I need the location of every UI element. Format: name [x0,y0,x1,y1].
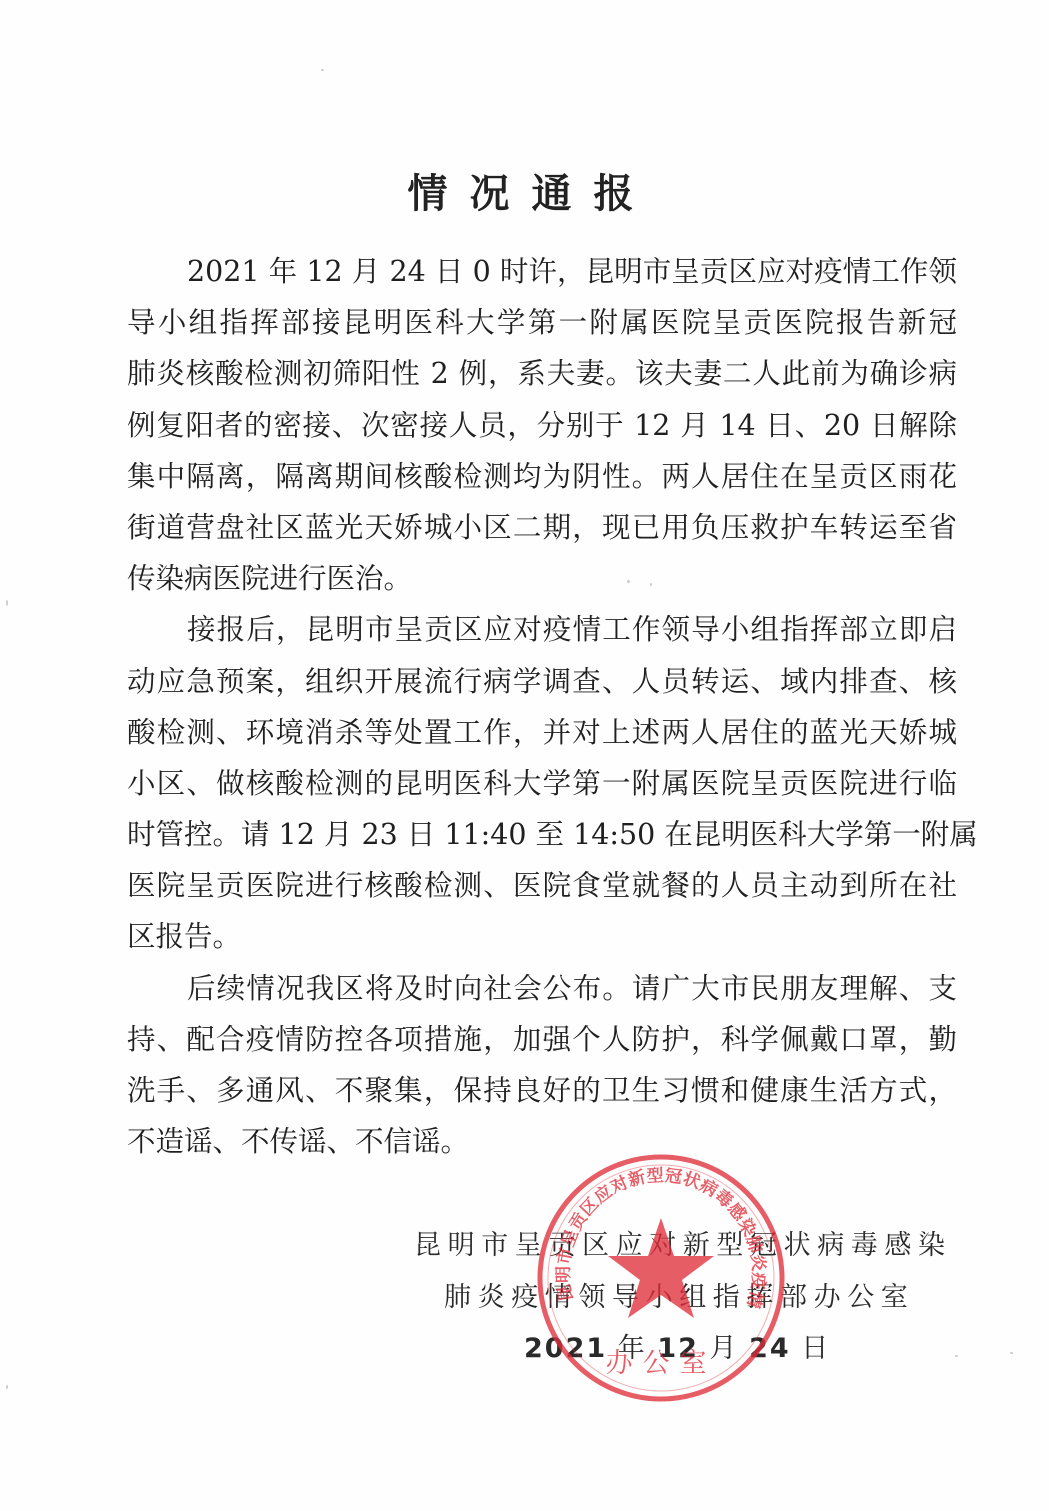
paragraph-1-line-4: 例复阳者的密接、次密接人员，分别于 12 月 14 日、20 日解除 [127,400,957,451]
date-year-unit: 年 [618,1333,647,1364]
paragraph-2-line-1: 接报后，昆明市呈贡区应对疫情工作领导小组指挥部立即启 [127,604,957,655]
paragraph-3-line-2: 持、配合疫情防控各项措施，加强个人防护，科学佩戴口罩，勤 [127,1014,957,1065]
date-month-unit: 月 [710,1333,739,1364]
scan-speck [6,1385,8,1389]
paragraph-3-line-4: 不造谣、不传谣、不信谣。 [127,1116,957,1167]
document-page: 情况通报 2021 年 12 月 24 日 0 时许，昆明市呈贡区应对疫情工作领… [0,0,1049,1511]
signature-date: 2021 年 12 月 24 日 [524,1329,830,1369]
paragraph-1-line-3: 肺炎核酸检测初筛阳性 2 例，系夫妻。该夫妻二人此前为确诊病 [127,348,957,399]
scan-speck [955,1355,958,1357]
signature-org-line-1: 昆明市呈贡区应对新型冠状病毒感染 [414,1226,952,1266]
scan-speck [6,600,8,606]
paragraph-2-line-3: 酸检测、环境消杀等处置工作，并对上述两人居住的蓝光天娇城 [127,707,957,758]
paragraph-2-line-2: 动应急预案，组织开展流行病学调查、人员转运、域内排查、核 [127,656,957,707]
paragraph-2-line-7: 区报告。 [127,911,957,962]
paragraph-1-line-5: 集中隔离，隔离期间核酸检测均为阴性。两人居住在呈贡区雨花 [127,451,957,502]
paragraph-2-line-4: 小区、做核酸检测的昆明医科大学第一附属医院呈贡医院进行临 [127,758,957,809]
date-month: 12 [657,1333,699,1364]
scan-speck [627,580,630,583]
date-day: 24 [749,1333,791,1364]
paragraph-1-line-6: 街道营盘社区蓝光天娇城小区二期，现已用负压救护车转运至省 [127,502,957,553]
paragraph-3-line-3: 洗手、多通风、不聚集，保持良好的卫生习惯和健康生活方式， [127,1065,957,1116]
signature-org-line-2: 肺炎疫情领导小组指挥部办公室 [444,1278,914,1318]
paragraph-2-line-6: 医院呈贡医院进行核酸检测、医院食堂就餐的人员主动到所在社 [127,860,957,911]
paragraph-2-line-5: 时管控。请 12 月 23 日 11:40 至 14:50 在昆明医科大学第一附… [127,809,957,860]
date-day-unit: 日 [801,1333,830,1364]
paragraph-1-line-2: 导小组指挥部接昆明医科大学第一附属医院呈贡医院报告新冠 [127,297,957,348]
scan-speck [650,583,652,586]
document-title: 情况通报 [0,168,1049,220]
paragraph-3-line-1: 后续情况我区将及时向社会公布。请广大市民朋友理解、支 [127,963,957,1014]
scan-speck [321,69,324,71]
paragraph-1-line-1: 2021 年 12 月 24 日 0 时许，昆明市呈贡区应对疫情工作领 [127,246,957,297]
document-body: 2021 年 12 月 24 日 0 时许，昆明市呈贡区应对疫情工作领 导小组指… [127,246,957,1167]
paragraph-1-line-7: 传染病医院进行医治。 [127,553,957,604]
date-year: 2021 [524,1333,607,1364]
scan-speck [1010,1352,1013,1354]
